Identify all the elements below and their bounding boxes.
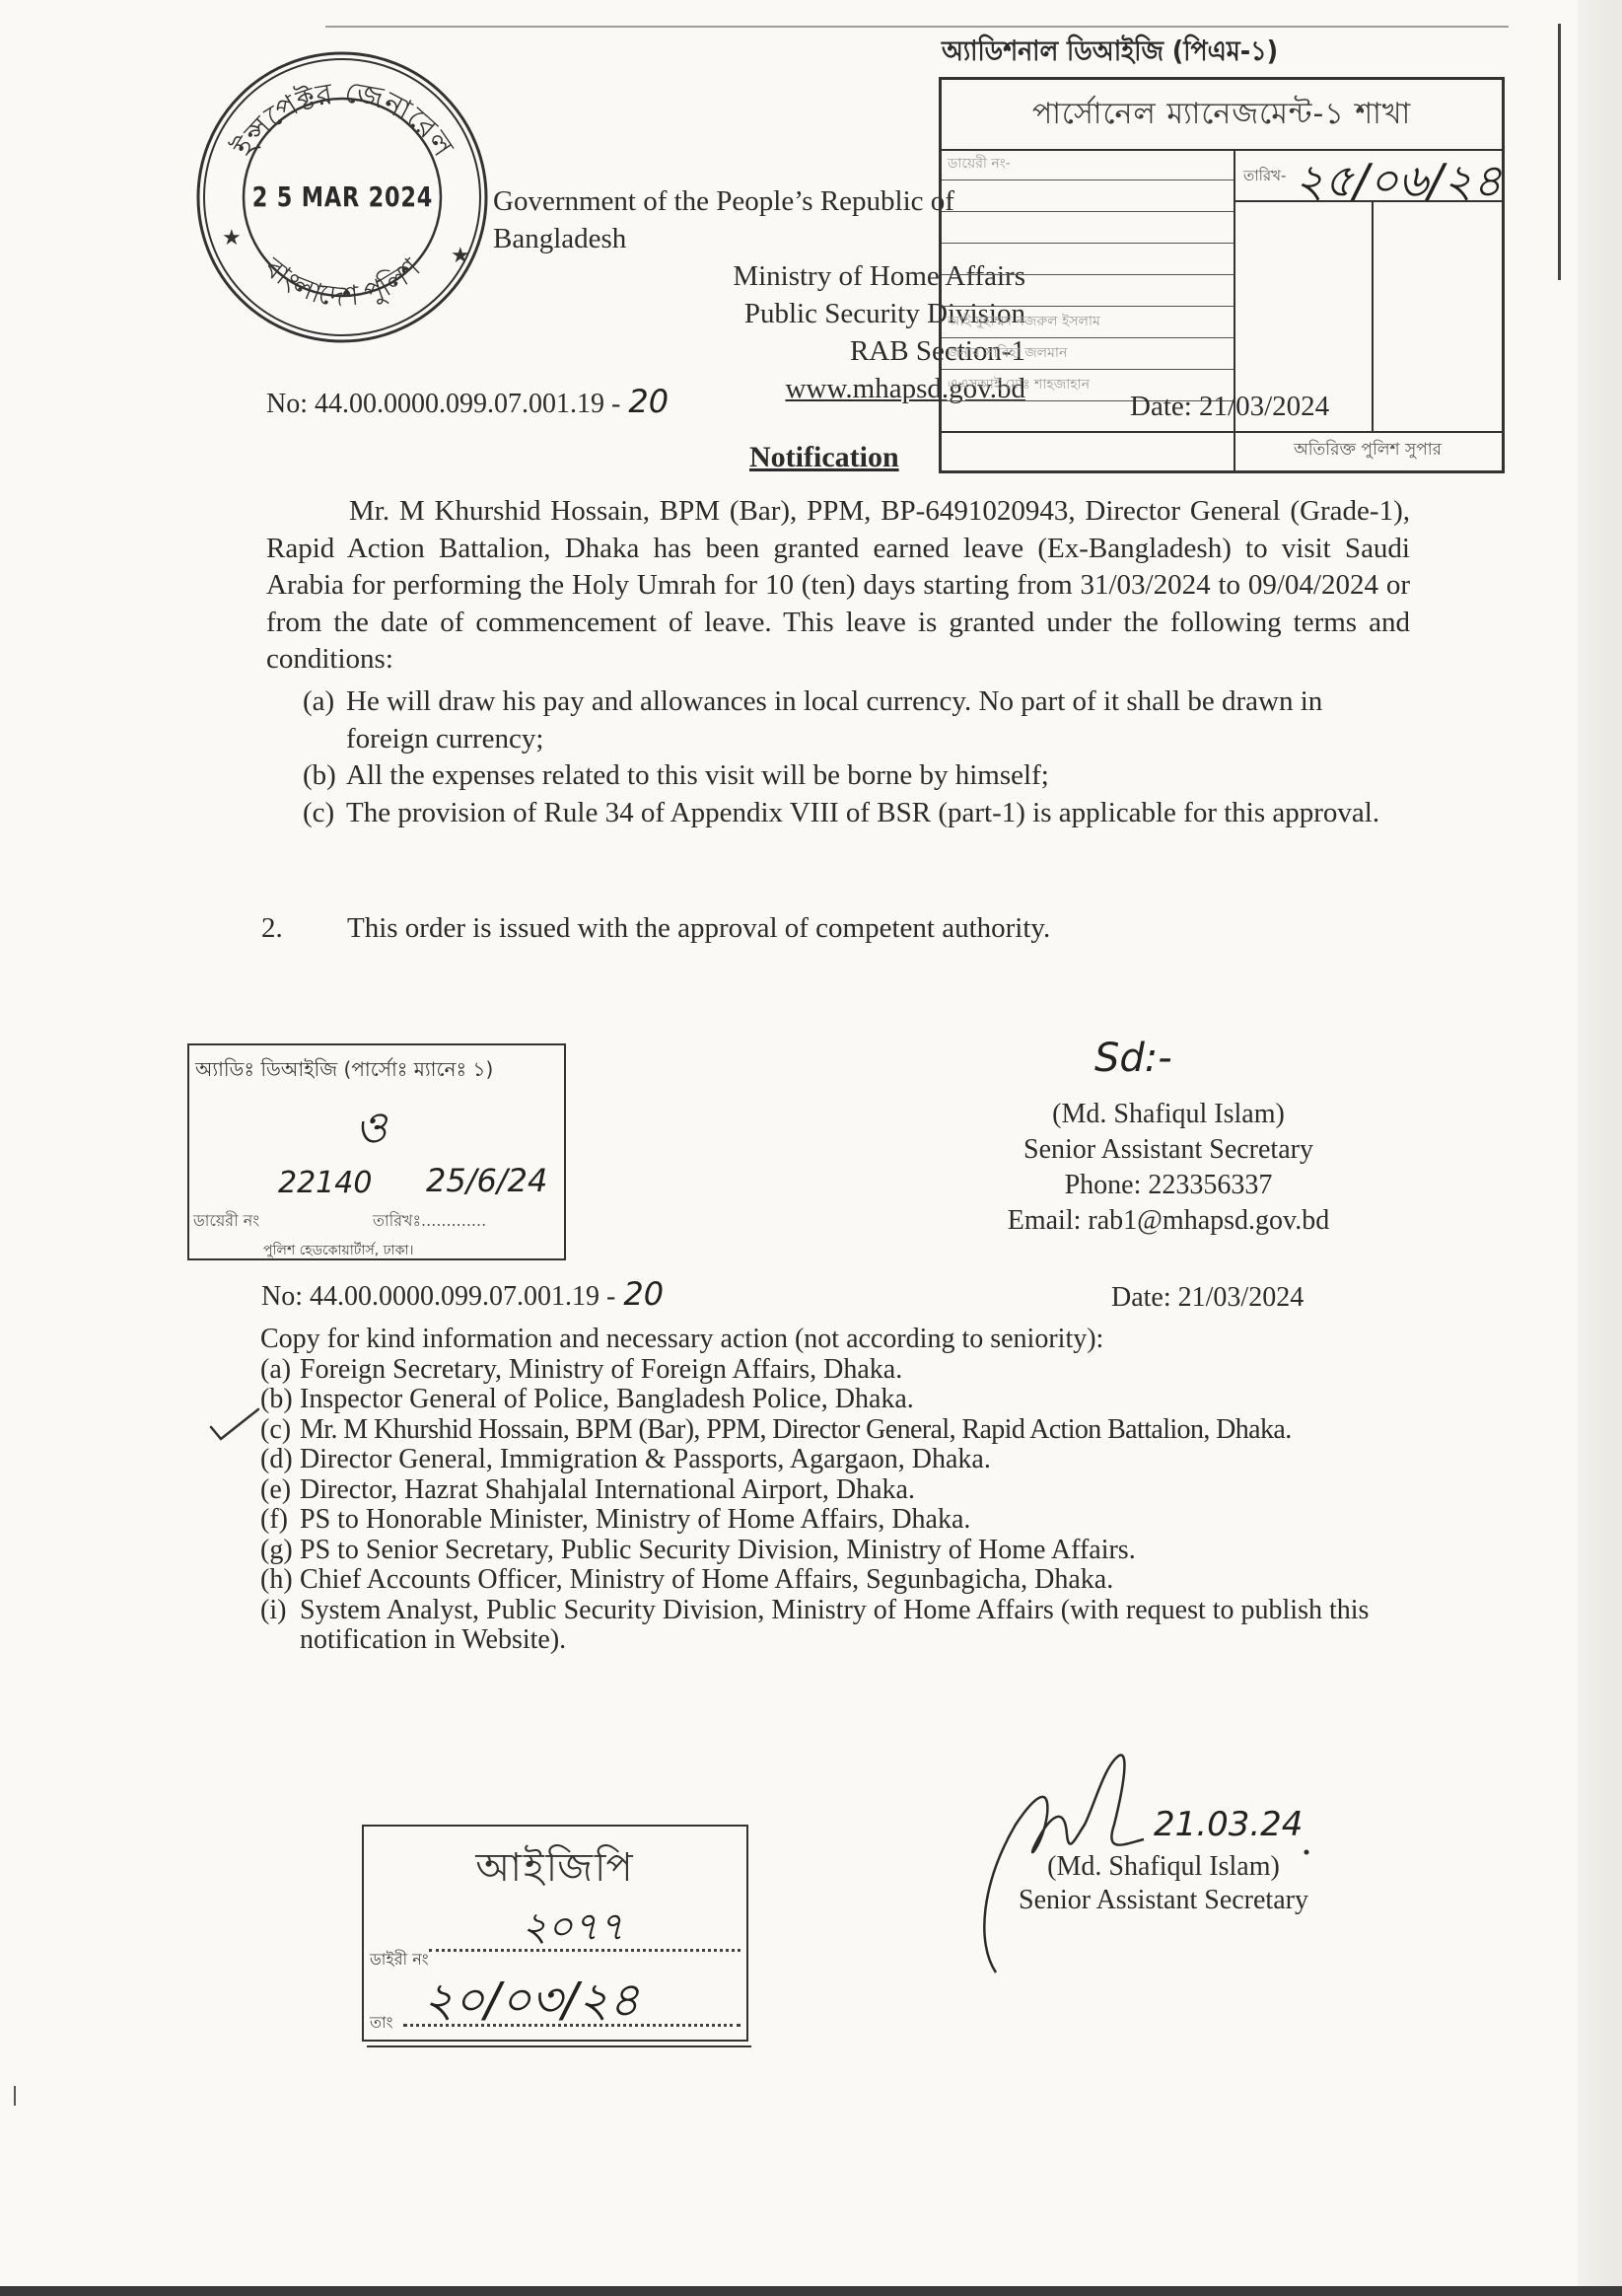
stamp-underline <box>367 2045 751 2047</box>
recipient-item: (a)Foreign Secretary, Ministry of Foreig… <box>260 1355 1424 1386</box>
memo-number-text: No: 44.00.0000.099.07.001.19 - <box>261 1281 615 1312</box>
receipt-stamp-title: অ্যাডিঃ ডিআইজি (পার্সোঃ ম্যানেঃ ১) <box>195 1055 493 1088</box>
svg-text:★: ★ <box>222 226 242 251</box>
scan-mark <box>14 2086 16 2106</box>
police-seal: ইন্সপেক্টর জেনারেল বাংলাদেশ পুলিশ ★ ★ 2 … <box>192 47 493 348</box>
receipt-diary-number: 22140 <box>278 1166 372 1200</box>
seal-date: 2 5 MAR 2024 <box>223 180 463 213</box>
register-date-value: ২৫/০৬/২৪ <box>1295 147 1502 222</box>
condition-mark: (a) <box>303 683 346 757</box>
register-stamp-rows: ডায়েরী নং- আই মুহাম্মদ নজরুল ইসলাম জনাব… <box>942 149 1235 431</box>
register-row: আই মুহাম্মদ নজরুল ইসলাম <box>942 307 1234 338</box>
signed-mark: Sd:- <box>1094 1036 1172 1081</box>
condition-text: All the expenses related to this visit w… <box>346 757 1410 795</box>
signature-block-2: (Md. Shafiqul Islam) Senior Assistant Se… <box>986 1850 1341 1917</box>
recipient-text: Inspector General of Police, Bangladesh … <box>300 1385 1424 1415</box>
signatory-designation: Senior Assistant Secretary <box>986 1884 1341 1917</box>
memo-date-copy: Date: 21/03/2024 <box>1111 1282 1304 1314</box>
condition-mark: (c) <box>303 795 346 832</box>
recipient-mark: (g) <box>260 1536 300 1566</box>
svg-text:★: ★ <box>451 244 470 268</box>
signature-block: (Md. Shafiqul Islam) Senior Assistant Se… <box>947 1097 1390 1239</box>
recipient-mark: (h) <box>260 1565 300 1596</box>
condition-mark: (b) <box>303 757 346 795</box>
igp-stamp: আইজিপি ২০৭৭ ডাইরী নং ২০/০৩/২৪ তাং <box>362 1825 748 2042</box>
signatory-name: (Md. Shafiqul Islam) <box>986 1850 1341 1884</box>
signatory-email[interactable]: Email: rab1@mhapsd.gov.bd <box>947 1203 1390 1239</box>
receipt-diary-date: 25/6/24 <box>426 1162 547 1199</box>
notification-title: Notification <box>749 441 899 474</box>
recipient-mark: (f) <box>260 1505 300 1536</box>
signature-date: 21.03.24 <box>1154 1805 1303 1844</box>
recipient-mark: (b) <box>260 1385 300 1415</box>
conditions-list: (a) He will draw his pay and allowances … <box>303 683 1410 831</box>
memo-number-handwritten: 20 <box>623 1275 664 1313</box>
paragraph-text: This order is issued with the approval o… <box>347 912 1050 944</box>
register-divider <box>942 431 1502 433</box>
receipt-stamp-initial: ও <box>355 1095 387 1167</box>
svg-text:ইন্সপেক্টর জেনারেল: ইন্সপেক্টর জেনারেল <box>227 75 460 164</box>
recipient-item: (i)System Analyst, Public Security Divis… <box>260 1596 1424 1656</box>
condition-text: The provision of Rule 34 of Appendix VII… <box>346 795 1410 832</box>
register-row <box>942 244 1234 275</box>
distribution-intro: Copy for kind information and necessary … <box>260 1325 1424 1355</box>
scan-top-line <box>325 26 1509 28</box>
memo-date: Date: 21/03/2024 <box>1130 391 1329 423</box>
condition-item: (b) All the expenses related to this vis… <box>303 757 1410 795</box>
recipient-item: (e)Director, Hazrat Shahjalal Internatio… <box>260 1475 1424 1506</box>
notification-body: Mr. M Khurshid Hossain, BPM (Bar), PPM, … <box>266 493 1410 679</box>
recipient-item: (d)Director General, Immigration & Passp… <box>260 1445 1424 1475</box>
recipient-text: Foreign Secretary, Ministry of Foreign A… <box>300 1355 1424 1386</box>
svg-text:বাংলাদেশ পুলিশ: বাংলাদেশ পুলিশ <box>257 251 427 313</box>
recipient-text: Director, Hazrat Shahjalal International… <box>300 1475 1424 1506</box>
dotted-line <box>403 2024 740 2027</box>
recipient-text: PS to Senior Secretary, Public Security … <box>300 1536 1424 1566</box>
register-row <box>942 275 1234 307</box>
signatory-designation: Senior Assistant Secretary <box>947 1132 1390 1168</box>
condition-item: (c) The provision of Rule 34 of Appendix… <box>303 795 1410 832</box>
receipt-stamp-footer: পুলিশ হেডকোয়ার্টার্স, ঢাকা। <box>263 1239 413 1262</box>
receipt-stamp: অ্যাডিঃ ডিআইজি (পার্সোঃ ম্যানেঃ ১) ও 221… <box>187 1043 566 1260</box>
scan-bottom-edge <box>0 2286 1622 2296</box>
recipient-mark: (c) <box>260 1415 300 1446</box>
memo-number-handwritten: 20 <box>628 383 669 420</box>
recipient-text: System Analyst, Public Security Division… <box>300 1596 1424 1656</box>
paragraph-number: 2. <box>261 912 347 945</box>
condition-item: (a) He will draw his pay and allowances … <box>303 683 1410 757</box>
recipient-text: Chief Accounts Officer, Ministry of Home… <box>300 1565 1424 1596</box>
recipient-item: (g)PS to Senior Secretary, Public Securi… <box>260 1536 1424 1566</box>
receipt-diary-label: ডায়েরী নং <box>193 1208 259 1235</box>
recipient-mark: (a) <box>260 1355 300 1386</box>
memo-number: No: 44.00.0000.099.07.001.19 -20 <box>266 383 669 420</box>
register-row: ডায়েরী নং- <box>942 149 1234 180</box>
dotted-line <box>429 1949 740 1952</box>
recipient-item: (b)Inspector General of Police, Banglade… <box>260 1385 1424 1415</box>
recipient-item: (f)PS to Honorable Minister, Ministry of… <box>260 1505 1424 1536</box>
igp-stamp-title: আইজিপি <box>364 1836 746 1902</box>
distribution-list: Copy for kind information and necessary … <box>260 1325 1424 1656</box>
recipient-text: Director General, Immigration & Passport… <box>300 1445 1424 1475</box>
notification-paragraph: Mr. M Khurshid Hossain, BPM (Bar), PPM, … <box>266 493 1410 679</box>
register-stamp-title: পার্সোনেল ম্যানেজমেন্ট-১ শাখা <box>942 80 1502 151</box>
recipient-item: (c)Mr. M Khurshid Hossain, BPM (Bar), PP… <box>260 1415 1424 1446</box>
paragraph-2: 2.This order is issued with the approval… <box>261 912 1050 945</box>
recipient-text: Mr. M Khurshid Hossain, BPM (Bar), PPM, … <box>300 1415 1424 1446</box>
signatory-phone: Phone: 223356337 <box>947 1168 1390 1203</box>
recipient-mark: (i) <box>260 1596 300 1656</box>
igp-diary-label: ডাইরী নং <box>370 1947 429 1973</box>
igp-date-label: তাং <box>370 2010 393 2037</box>
receipt-date-label: তারিখঃ............. <box>373 1208 486 1235</box>
office-tag: অ্যাডিশনাল ডিআইজি (পিএম-১) <box>942 30 1278 76</box>
memo-number-text: No: 44.00.0000.099.07.001.19 - <box>266 389 620 419</box>
scan-right-line <box>1558 24 1561 280</box>
condition-text: He will draw his pay and allowances in l… <box>346 683 1410 757</box>
register-row <box>942 212 1234 244</box>
register-stamp-date: তারিখ- ২৫/০৬/২৪ <box>1234 149 1502 202</box>
checkmark-icon <box>207 1405 261 1445</box>
recipient-mark: (e) <box>260 1475 300 1506</box>
igp-date-value: ২০/০৩/২৪ <box>423 1965 640 2043</box>
register-footer-label: অতিরিক্ত পুলিশ সুপার <box>1234 437 1502 465</box>
signatory-name: (Md. Shafiqul Islam) <box>947 1097 1390 1132</box>
memo-number-copy: No: 44.00.0000.099.07.001.19 -20 <box>261 1275 664 1313</box>
recipient-text: PS to Honorable Minister, Ministry of Ho… <box>300 1505 1424 1536</box>
scan-edge <box>1578 0 1622 2296</box>
recipient-mark: (d) <box>260 1445 300 1475</box>
register-row <box>942 180 1234 212</box>
recipient-item: (h)Chief Accounts Officer, Ministry of H… <box>260 1565 1424 1596</box>
register-divider <box>1372 200 1374 431</box>
register-date-label: তারিখ- <box>1243 165 1286 189</box>
register-row: জনাব সাবিহা জলমান <box>942 338 1234 370</box>
